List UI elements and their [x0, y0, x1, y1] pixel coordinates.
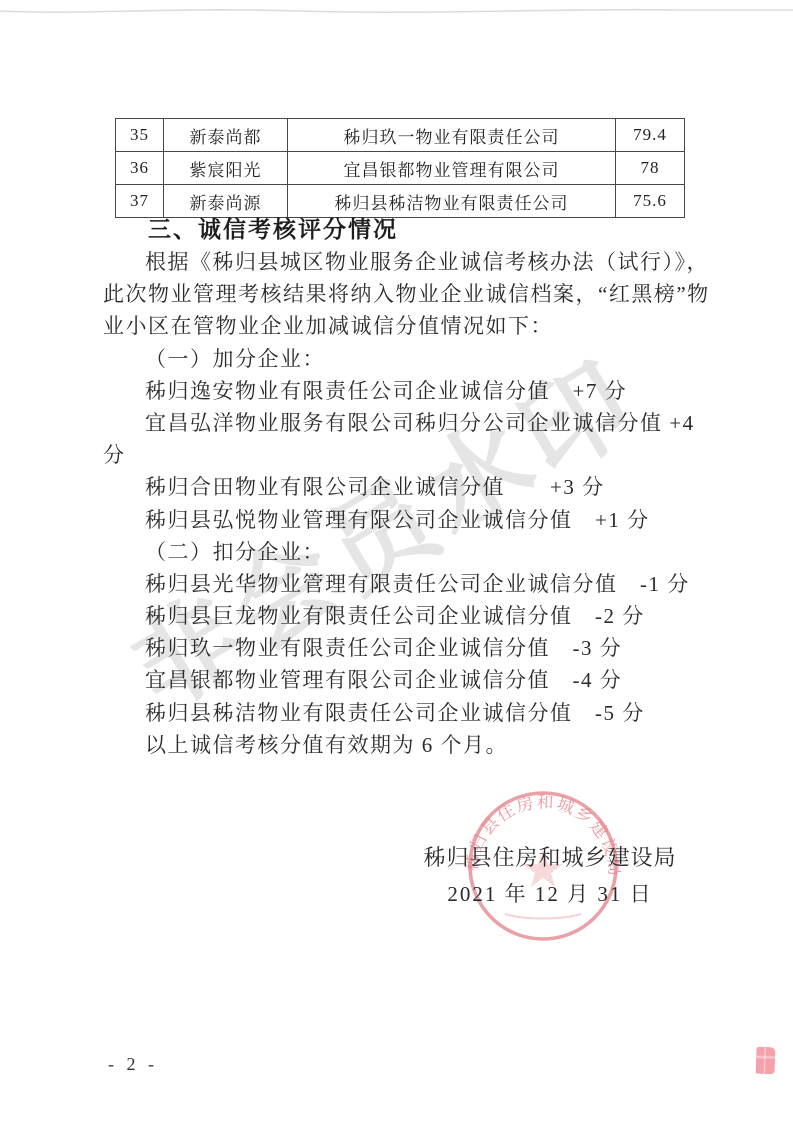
body-line: 业小区在管物业企业加减诚信分值情况如下： — [103, 310, 703, 342]
signature-agency: 秭归县住房和城乡建设局 — [400, 843, 700, 873]
section-heading: 三、诚信考核评分情况 — [148, 211, 398, 244]
table-cell-company: 秭归玖一物业有限责任公司 — [288, 119, 616, 152]
body-line: 根据《秭归县城区物业服务企业诚信考核办法（试行）》， — [103, 246, 703, 278]
body-line: 秭归玖一物业有限责任公司企业诚信分值 -3 分 — [103, 632, 703, 664]
page-number: - 2 - — [108, 1054, 158, 1075]
table-cell-community: 紫宸阳光 — [164, 152, 288, 185]
body-line: （一）加分企业： — [103, 343, 703, 375]
scan-artifact-line — [0, 0, 793, 22]
signature-date: 2021 年 12 月 31 日 — [400, 879, 700, 909]
body-line: 秭归逸安物业有限责任公司企业诚信分值 +7 分 — [103, 375, 703, 407]
body-line: 秭归县光华物业管理有限责任公司企业诚信分值 -1 分 — [103, 568, 703, 600]
body-text: 根据《秭归县城区物业服务企业诚信考核办法（试行）》，此次物业管理考核结果将纳入物… — [103, 246, 703, 761]
table-row: 35新泰尚都秭归玖一物业有限责任公司79.4 — [116, 119, 685, 152]
table-cell-rank: 36 — [116, 152, 164, 185]
table-cell-company: 宜昌银都物业管理有限公司 — [288, 152, 616, 185]
body-line: （二）扣分企业： — [103, 536, 703, 568]
body-line: 宜昌银都物业管理有限公司企业诚信分值 -4 分 — [103, 664, 703, 696]
body-line: 此次物业管理考核结果将纳入物业企业诚信档案，“红黑榜”物 — [103, 278, 703, 310]
body-line: 秭归合田物业有限公司企业诚信分值 +3 分 — [103, 471, 703, 503]
score-table: 35新泰尚都秭归玖一物业有限责任公司79.436紫宸阳光宜昌银都物业管理有限公司… — [115, 118, 685, 218]
table-row: 36紫宸阳光宜昌银都物业管理有限公司78 — [116, 152, 685, 185]
body-line: 分 — [103, 439, 703, 471]
signature-block: 秭归县住房和城乡建设局 2021 年 12 月 31 日 — [400, 843, 700, 909]
score-table-body: 35新泰尚都秭归玖一物业有限责任公司79.436紫宸阳光宜昌银都物业管理有限公司… — [116, 119, 685, 218]
table-cell-score: 75.6 — [616, 185, 685, 218]
table-cell-community: 新泰尚都 — [164, 119, 288, 152]
body-line: 秭归县巨龙物业有限责任公司企业诚信分值 -2 分 — [103, 600, 703, 632]
body-line: 以上诚信考核分值有效期为 6 个月。 — [103, 729, 703, 761]
body-line: 宜昌弘洋物业服务有限公司秭归分公司企业诚信分值 +4 — [103, 407, 703, 439]
document-page: 非会员水印 35新泰尚都秭归玖一物业有限责任公司79.436紫宸阳光宜昌银都物业… — [0, 0, 793, 1121]
body-line: 秭归县秭洁物业有限责任公司企业诚信分值 -5 分 — [103, 697, 703, 729]
corner-seal-mark — [756, 1047, 776, 1075]
table-cell-rank: 35 — [116, 119, 164, 152]
body-line: 秭归县弘悦物业管理有限公司企业诚信分值 +1 分 — [103, 504, 703, 536]
table-cell-score: 78 — [616, 152, 685, 185]
table-cell-score: 79.4 — [616, 119, 685, 152]
